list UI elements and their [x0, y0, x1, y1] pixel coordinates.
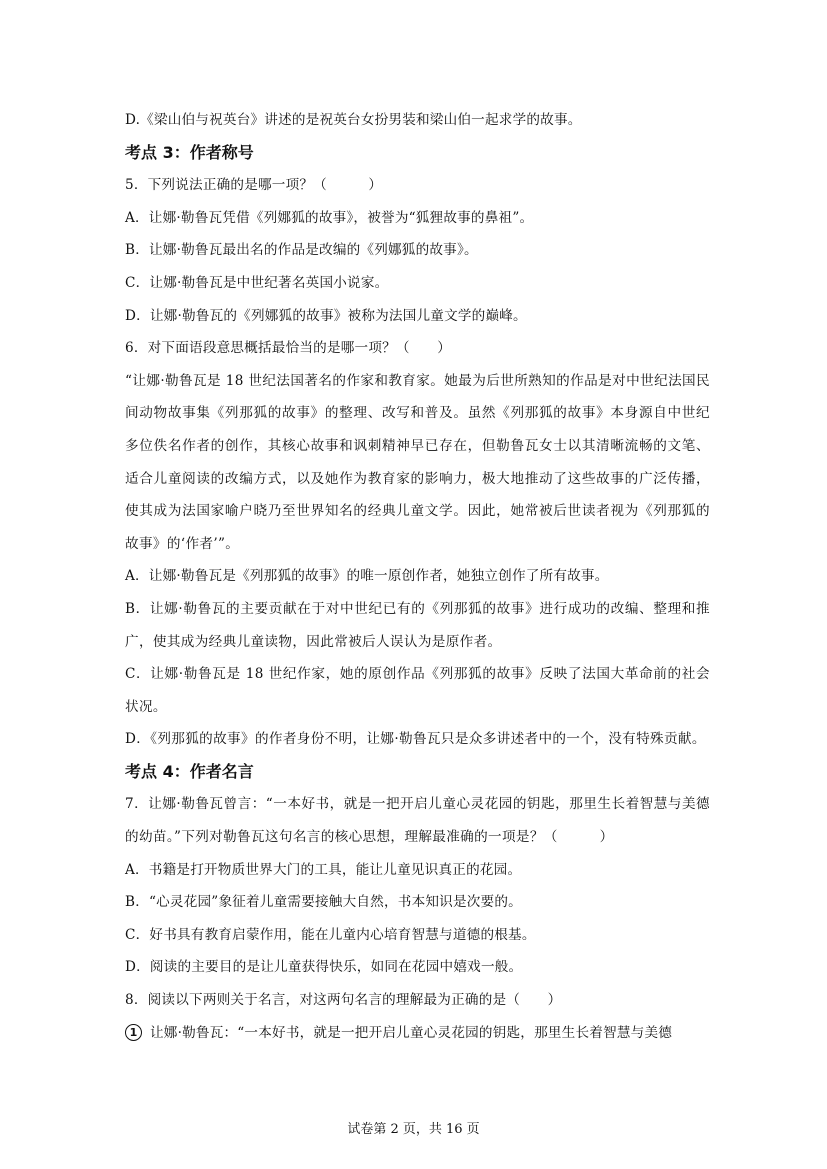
circled-number-1-icon: 1: [125, 1024, 142, 1041]
option-a: A．让娜·勒鲁瓦凭借《列娜狐的故事》，被誉为“狐狸故事的鼻祖”。: [125, 202, 710, 235]
option-b: B．让娜·勒鲁瓦最出名的作品是改编的《列娜狐的故事》。: [125, 234, 710, 267]
question-stem: 8．阅读以下两则关于名言，对这两句名言的理解最为正确的是（ ）: [125, 984, 710, 1017]
option-b: B．“心灵花园”象征着儿童需要接触大自然，书本知识是次要的。: [125, 886, 710, 919]
question-stem: 7．让娜·勒鲁瓦曾言：“一本好书，就是一把开启儿童心灵花园的钥匙，那里生长着智慧…: [125, 788, 710, 853]
option-d: D．《列那狐的故事》的作者身份不明，让娜·勒鲁瓦只是众多讲述者中的一个，没有特殊…: [125, 723, 710, 756]
reading-passage: “让娜·勒鲁瓦是 18 世纪法国著名的作家和教育家。她最为后世所熟知的作品是对中…: [125, 365, 710, 561]
option-c: C．让娜·勒鲁瓦是 18 世纪作家，她的原创作品《列那狐的故事》反映了法国大革命…: [125, 658, 710, 723]
option-d: D．阅读的主要目的是让儿童获得快乐，如同在花园中嬉戏一般。: [125, 951, 710, 984]
option-a: A．让娜·勒鲁瓦是《列那狐的故事》的唯一原创作者，她独立创作了所有故事。: [125, 560, 710, 593]
section-heading-3: 考点 3：作者称号: [125, 137, 710, 170]
question-stem: 5．下列说法正确的是哪一项？（ ）: [125, 169, 710, 202]
option-d: D．让娜·勒鲁瓦的《列娜狐的故事》被称为法国儿童文学的巅峰。: [125, 300, 710, 333]
question-stem: 6．对下面语段意思概括最恰当的是哪一项？（ ）: [125, 332, 710, 365]
question-6: 6．对下面语段意思概括最恰当的是哪一项？（ ） “让娜·勒鲁瓦是 18 世纪法国…: [125, 332, 710, 756]
quote-1-text: 让娜·勒鲁瓦：“一本好书，就是一把开启儿童心灵花园的钥匙，那里生长着智慧与美德: [150, 1025, 672, 1041]
quote-1: 1让娜·勒鲁瓦：“一本好书，就是一把开启儿童心灵花园的钥匙，那里生长着智慧与美德: [125, 1017, 710, 1050]
option-a: A．书籍是打开物质世界大门的工具，能让儿童见识真正的花园。: [125, 854, 710, 887]
exam-page: D.《梁山伯与祝英台》讲述的是祝英台女扮男装和梁山伯一起求学的故事。 考点 3：…: [0, 0, 827, 1169]
question-8: 8．阅读以下两则关于名言，对这两句名言的理解最为正确的是（ ） 1让娜·勒鲁瓦：…: [125, 984, 710, 1049]
previous-question-option-d: D.《梁山伯与祝英台》讲述的是祝英台女扮男装和梁山伯一起求学的故事。: [125, 104, 710, 137]
option-c: C．让娜·勒鲁瓦是中世纪著名英国小说家。: [125, 267, 710, 300]
section-heading-4: 考点 4：作者名言: [125, 756, 710, 789]
option-b: B．让娜·勒鲁瓦的主要贡献在于对中世纪已有的《列那狐的故事》进行成功的改编、整理…: [125, 593, 710, 658]
question-7: 7．让娜·勒鲁瓦曾言：“一本好书，就是一把开启儿童心灵花园的钥匙，那里生长着智慧…: [125, 788, 710, 984]
page-footer: 试卷第 2 页，共 16 页: [0, 1118, 827, 1137]
option-c: C．好书具有教育启蒙作用，能在儿童内心培育智慧与道德的根基。: [125, 919, 710, 952]
page-content: D.《梁山伯与祝英台》讲述的是祝英台女扮男装和梁山伯一起求学的故事。 考点 3：…: [125, 104, 710, 1049]
question-5: 5．下列说法正确的是哪一项？（ ） A．让娜·勒鲁瓦凭借《列娜狐的故事》，被誉为…: [125, 169, 710, 332]
